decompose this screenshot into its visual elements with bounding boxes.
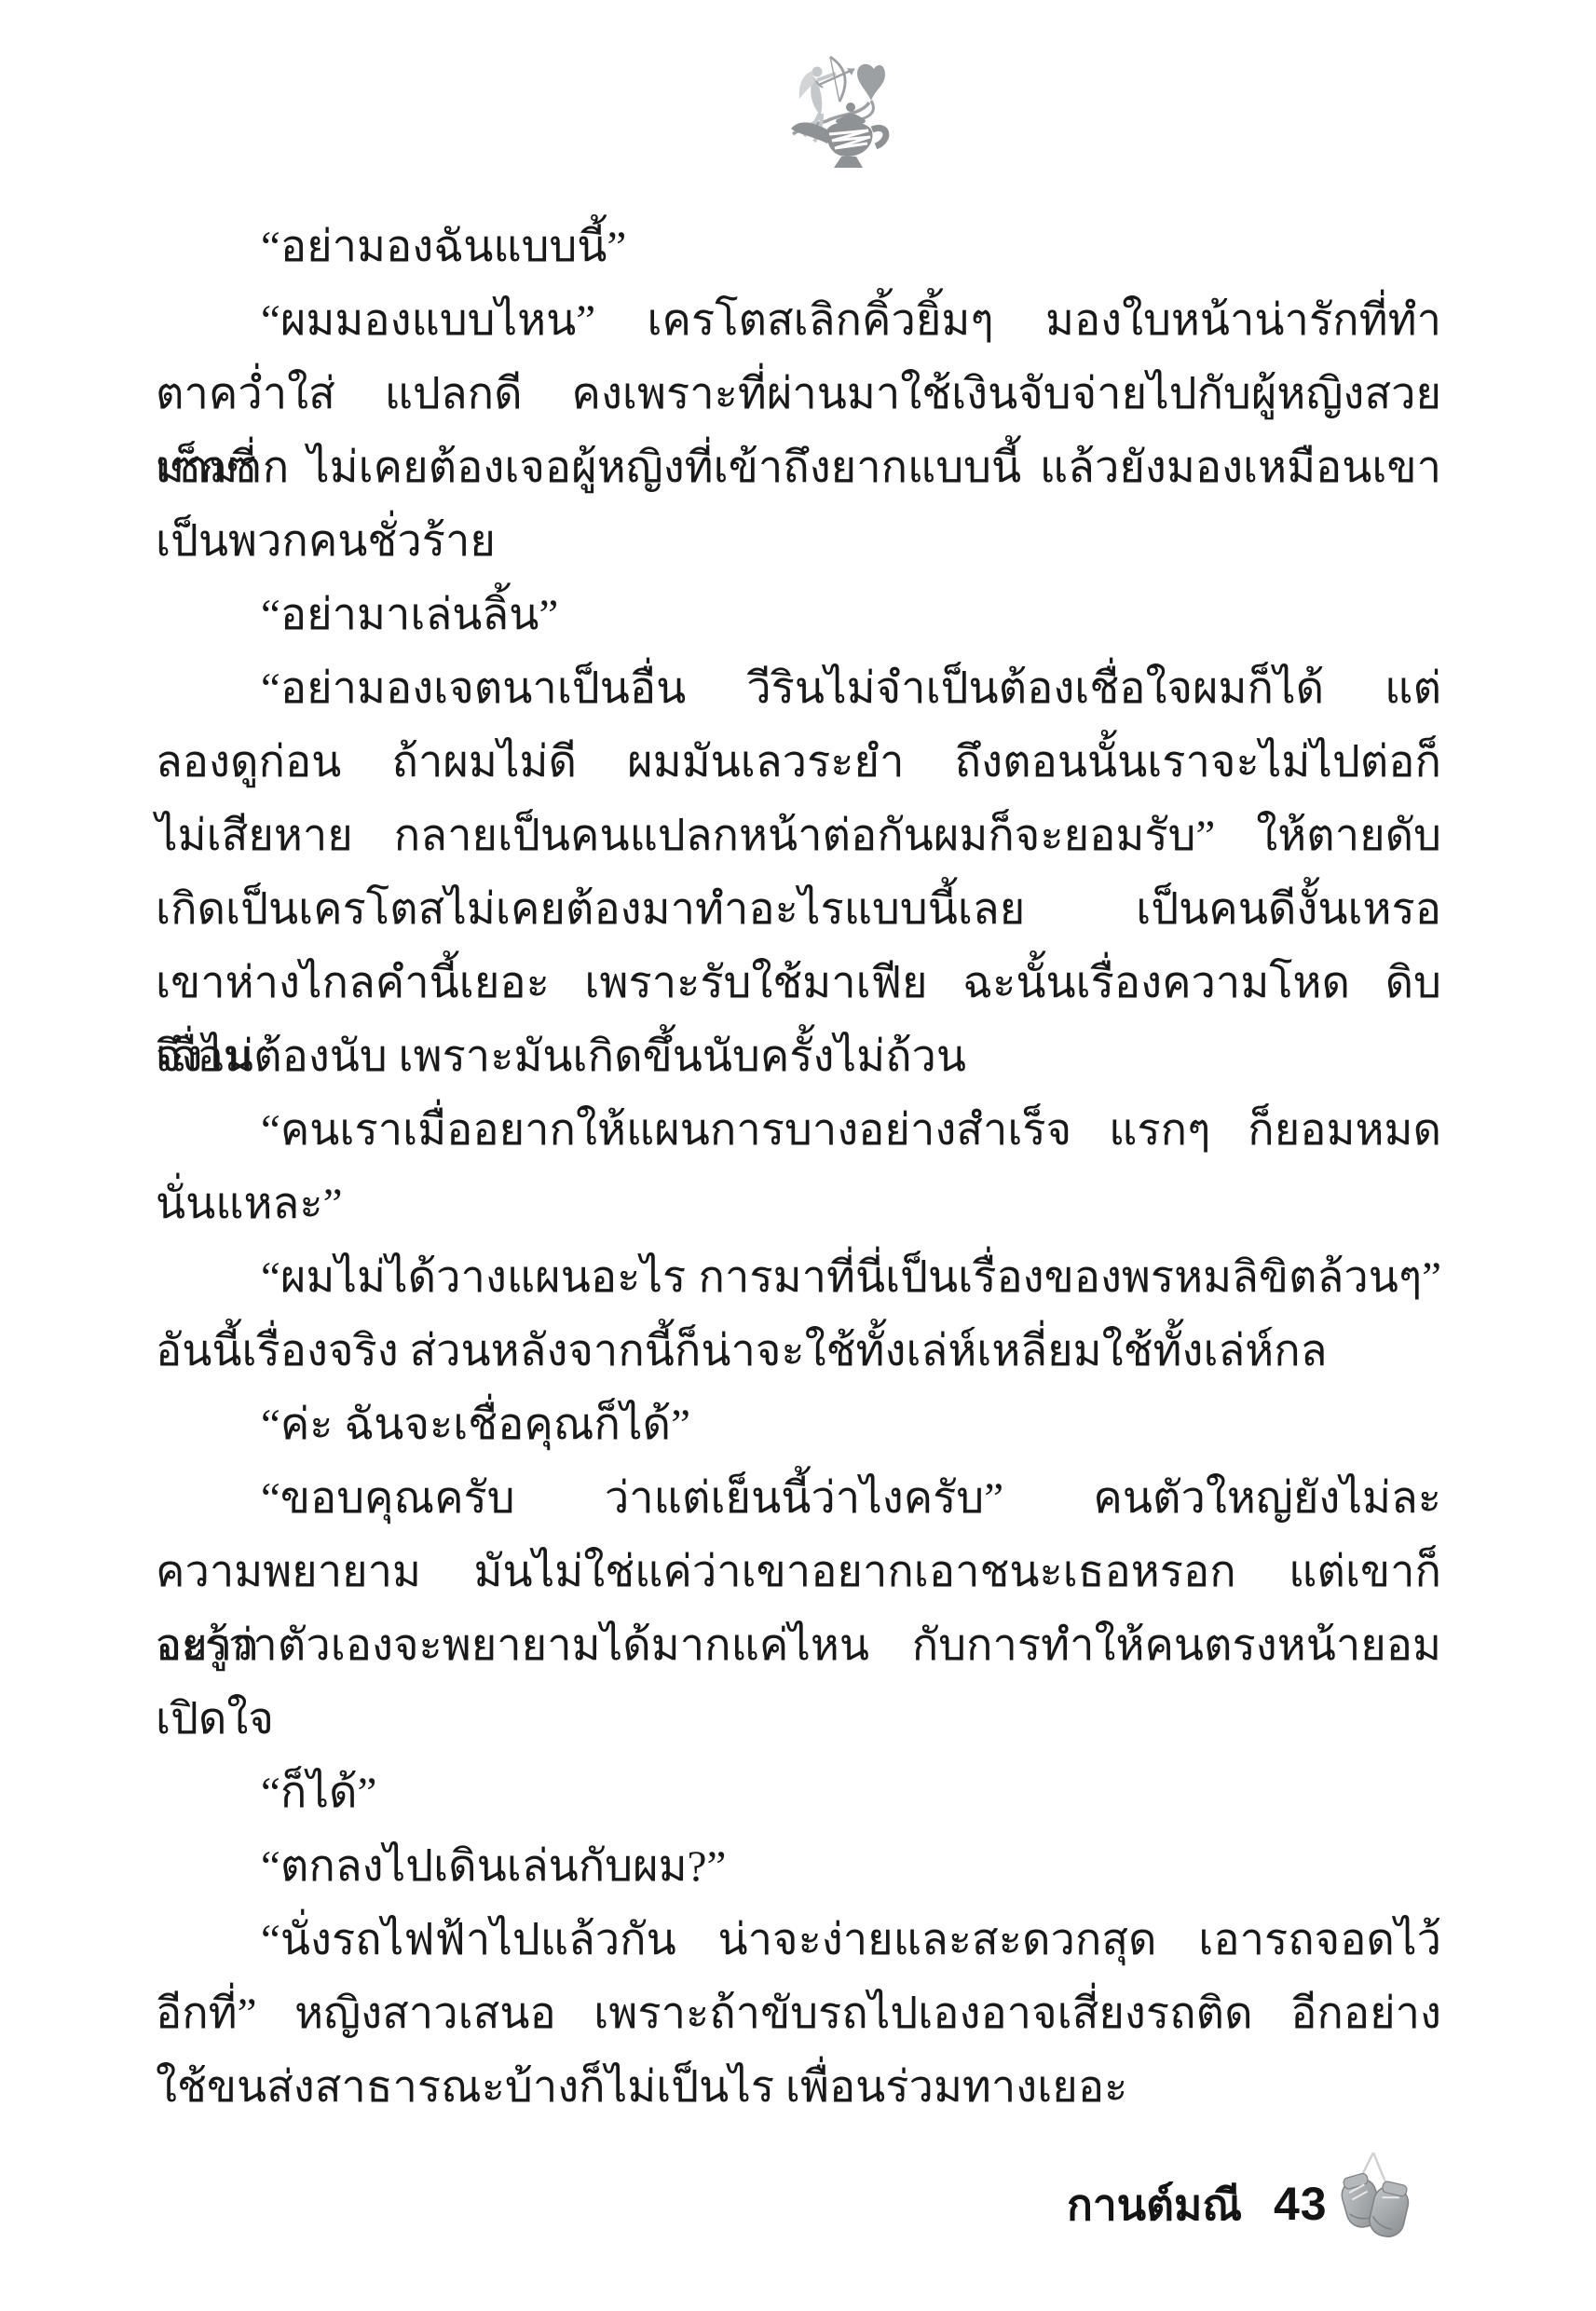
heart-icon [857,64,885,101]
text-line: “นั่งรถไฟฟ้าไปแล้วกัน น่าจะง่ายและสะดวกส… [156,1904,1441,1977]
page-text: “อย่ามองฉันแบบนี้” “ผมมองแบบไหน” เครโตสเ… [156,211,1441,2125]
text-line: เกิดเป็นเครโตสไม่เคยต้องมาทำอะไรแบบนี้เล… [156,873,1441,947]
cupid-genie-lamp-ornament [785,52,897,171]
text-line: อีกที่” หญิงสาวเสนอ เพราะถ้าขับรถไปเองอา… [156,1977,1441,2051]
text-line: “คนเราเมื่ออยากให้แผนการบางอย่างสำเร็จ แ… [156,1094,1441,1168]
text-line: “ผมมองแบบไหน” เครโตสเลิกคิ้วยิ้มๆ มองใบห… [156,284,1441,358]
text-line: ลองดูก่อน ถ้าผมไม่ดี ผมมันเลวระยำ ถึงตอน… [156,726,1441,800]
text-line: ไม่เสียหาย กลายเป็นคนแปลกหน้าต่อกันผมก็จ… [156,800,1441,873]
text-line: “ค่ะ ฉันจะเชื่อคุณก็ได้” [156,1388,1441,1462]
text-line: อันนี้เรื่องจริง ส่วนหลังจากนี้ก็น่าจะใช… [156,1315,1441,1388]
page-footer: กานต์มณี 43 [1067,2171,1328,2239]
book-page: { "document": { "kind": "thai-novel-page… [0,0,1596,2311]
text-line: จะรู้ว่าตัวเองจะพยายามได้มากแค่ไหน กับกา… [156,1609,1441,1683]
text-line: เป็นพวกคนชั่วร้าย [156,505,1441,579]
text-line: มามาก ไม่เคยต้องเจอผู้หญิงที่เข้าถึงยากแ… [156,431,1441,505]
text-line: เขาห่างไกลคำนี้เยอะ เพราะรับใช้มาเฟีย ฉะ… [156,947,1441,1020]
text-line: ใช้ขนส่งสาธารณะบ้างก็ไม่เป็นไร เพื่อนร่ว… [156,2051,1441,2125]
book-title: กานต์มณี [1067,2171,1242,2239]
text-line: จึงไม่ต้องนับ เพราะมันเกิดขึ้นนับครั้งไม… [156,1020,1441,1094]
text-line: “อย่ามองเจตนาเป็นอื่น วีรินไม่จำเป็นต้อง… [156,652,1441,726]
text-line: ความพยายาม มันไม่ใช่แค่ว่าเขาอยากเอาชนะเ… [156,1536,1441,1609]
text-line: “อย่ามาเล่นลิ้น” [156,579,1441,652]
text-line: เปิดใจ [156,1683,1441,1757]
text-line: นั่นแหละ” [156,1168,1441,1241]
boxing-gloves-icon [1319,2153,1429,2266]
text-line: “อย่ามองฉันแบบนี้” [156,211,1441,284]
text-line: “ตกลงไปเดินเล่นกับผม?” [156,1830,1441,1904]
text-line: “ผมไม่ได้วางแผนอะไร การมาที่นี่เป็นเรื่อ… [156,1241,1441,1315]
text-line: ตาคว่ำใส่ แปลกดี คงเพราะที่ผ่านมาใช้เงิน… [156,358,1441,431]
text-line: “ก็ได้” [156,1757,1441,1830]
text-line: “ขอบคุณครับ ว่าแต่เย็นนี้ว่าไงครับ” คนตั… [156,1462,1441,1536]
